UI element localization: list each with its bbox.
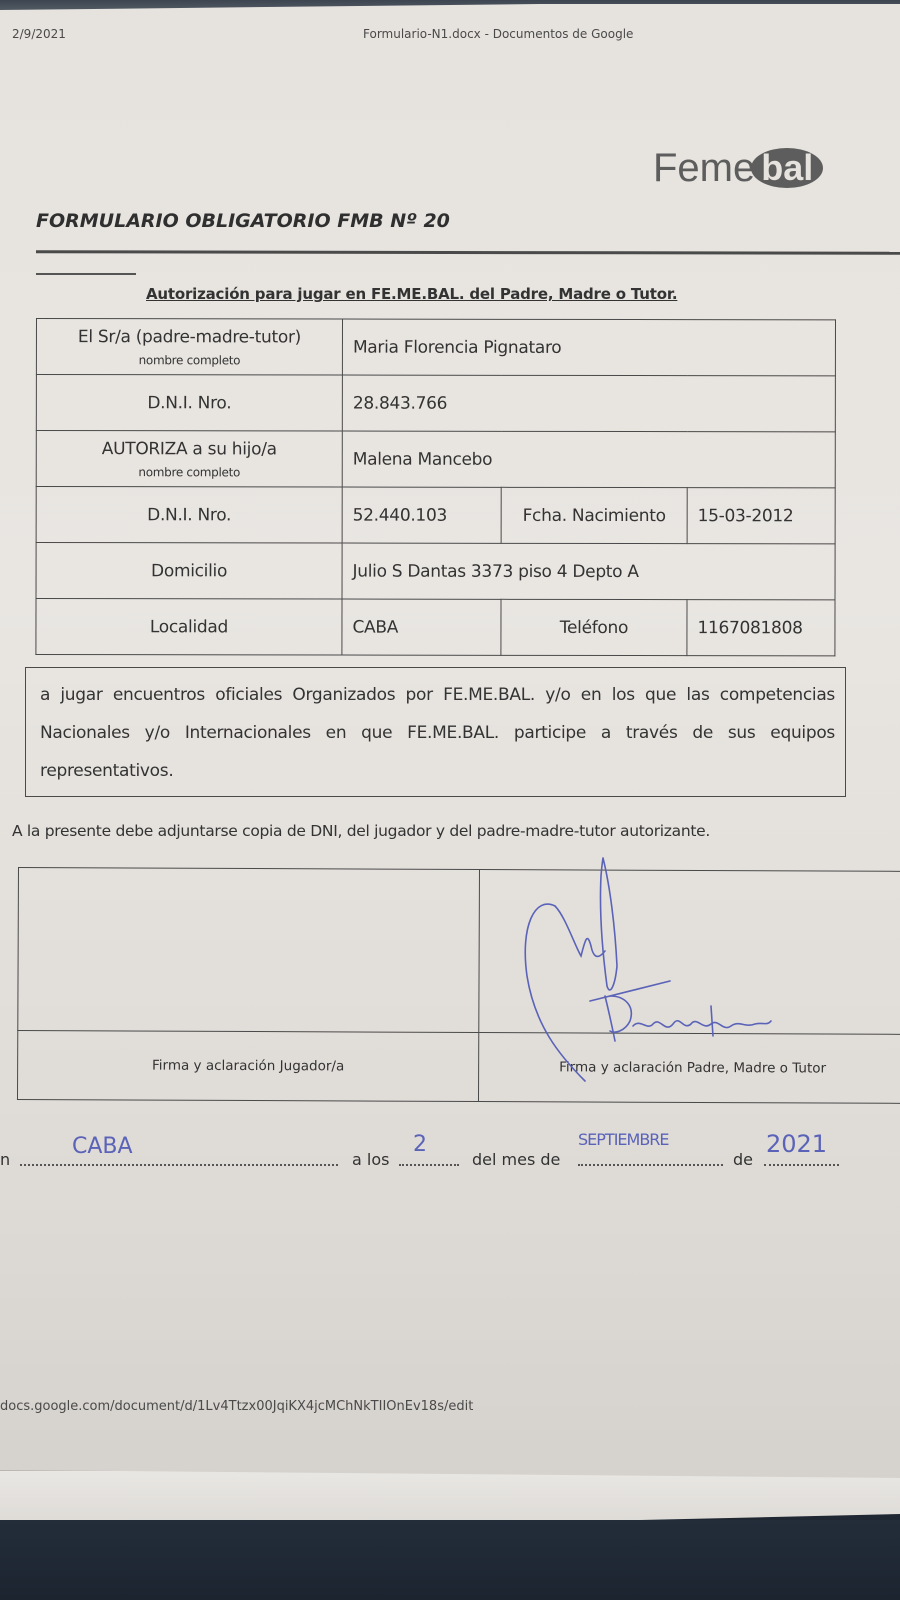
- guardian-signature-box[interactable]: [479, 870, 900, 1035]
- birth-date-field[interactable]: 15-03-2012: [687, 488, 835, 544]
- table-row: AUTORIZA a su hijo/a nombre completo Mal…: [36, 431, 835, 488]
- signature-table: Firma y aclaración Jugador/a Firma y acl…: [17, 867, 900, 1104]
- short-divider: [36, 273, 136, 275]
- table-row: El Sr/a (padre-madre-tutor) nombre compl…: [36, 319, 835, 376]
- address-field[interactable]: Julio S Dantas 3373 piso 4 Depto A: [342, 543, 835, 600]
- background-surface: [0, 1520, 900, 1600]
- place-field-dots: [20, 1150, 338, 1166]
- a-los-text: a los: [352, 1150, 389, 1169]
- phone-label: Teléfono: [501, 599, 687, 655]
- attachment-note: A la presente debe adjuntarse copia de D…: [12, 822, 710, 840]
- print-header-doc-title: Formulario-N1.docx - Documentos de Googl…: [363, 27, 633, 41]
- player-signature-caption: Firma y aclaración Jugador/a: [17, 1031, 478, 1102]
- authorization-table: El Sr/a (padre-madre-tutor) nombre compl…: [35, 318, 836, 656]
- child-name-label: AUTORIZA a su hijo/a nombre completo: [36, 431, 342, 488]
- guardian-dni-field[interactable]: 28.843.766: [342, 375, 835, 432]
- guardian-name-label: El Sr/a (padre-madre-tutor) nombre compl…: [36, 319, 342, 376]
- table-row: D.N.I. Nro. 52.440.103 Fcha. Nacimiento …: [36, 487, 835, 544]
- year-handwritten[interactable]: 2021: [766, 1130, 827, 1158]
- form-title: FORMULARIO OBLIGATORIO FMB Nº 20: [36, 210, 450, 232]
- table-row: Domicilio Julio S Dantas 3373 piso 4 Dep…: [36, 543, 835, 600]
- table-row: [18, 868, 900, 1035]
- place-and-date-line: n CABA a los 2 del mes de SEPTIEMBRE de …: [0, 1140, 900, 1180]
- table-row: Localidad CABA Teléfono 1167081808: [36, 599, 835, 656]
- del-mes-de-text: del mes de: [472, 1150, 560, 1169]
- month-field-dots: [578, 1150, 723, 1166]
- guardian-signature-caption: Firma y aclaración Padre, Madre o Tutor: [478, 1033, 900, 1104]
- form-subtitle: Autorización para jugar en FE.ME.BAL. de…: [146, 285, 677, 303]
- player-signature-box[interactable]: [18, 868, 480, 1033]
- city-label: Localidad: [36, 599, 342, 656]
- logo-oval-mark: bal: [751, 148, 823, 188]
- child-dni-label: D.N.I. Nro.: [36, 487, 342, 544]
- birth-date-label: Fcha. Nacimiento: [501, 487, 687, 543]
- day-field-dots: [399, 1150, 459, 1166]
- guardian-sublabel: nombre completo: [47, 353, 332, 367]
- logo-text: Feme: [653, 146, 755, 191]
- day-handwritten[interactable]: 2: [413, 1132, 427, 1157]
- guardian-dni-label: D.N.I. Nro.: [36, 375, 342, 432]
- footer-url: docs.google.com/document/d/1Lv4Ttzx00Jqi…: [0, 1399, 473, 1414]
- child-label-text: AUTORIZA a su hijo/a: [102, 439, 277, 459]
- femebal-logo: Feme bal: [653, 146, 823, 190]
- guardian-label-text: El Sr/a (padre-madre-tutor): [78, 327, 301, 347]
- address-label: Domicilio: [36, 543, 342, 600]
- print-header-date: 2/9/2021: [12, 27, 66, 41]
- de-text: de: [733, 1150, 753, 1169]
- place-prefix: n: [0, 1150, 10, 1169]
- guardian-name-field[interactable]: Maria Florencia Pignataro: [342, 319, 835, 376]
- city-field[interactable]: CABA: [342, 599, 501, 655]
- table-row: Firma y aclaración Jugador/a Firma y acl…: [17, 1031, 900, 1104]
- month-handwritten[interactable]: SEPTIEMBRE: [578, 1130, 669, 1149]
- place-handwritten[interactable]: CABA: [72, 1134, 133, 1159]
- authorization-clause: a jugar encuentros oficiales Organizados…: [25, 667, 846, 797]
- phone-field[interactable]: 1167081808: [687, 600, 835, 656]
- table-row: D.N.I. Nro. 28.843.766: [36, 375, 835, 432]
- child-dni-field[interactable]: 52.440.103: [342, 487, 501, 543]
- child-sublabel: nombre completo: [47, 465, 332, 479]
- child-name-field[interactable]: Malena Mancebo: [342, 431, 835, 488]
